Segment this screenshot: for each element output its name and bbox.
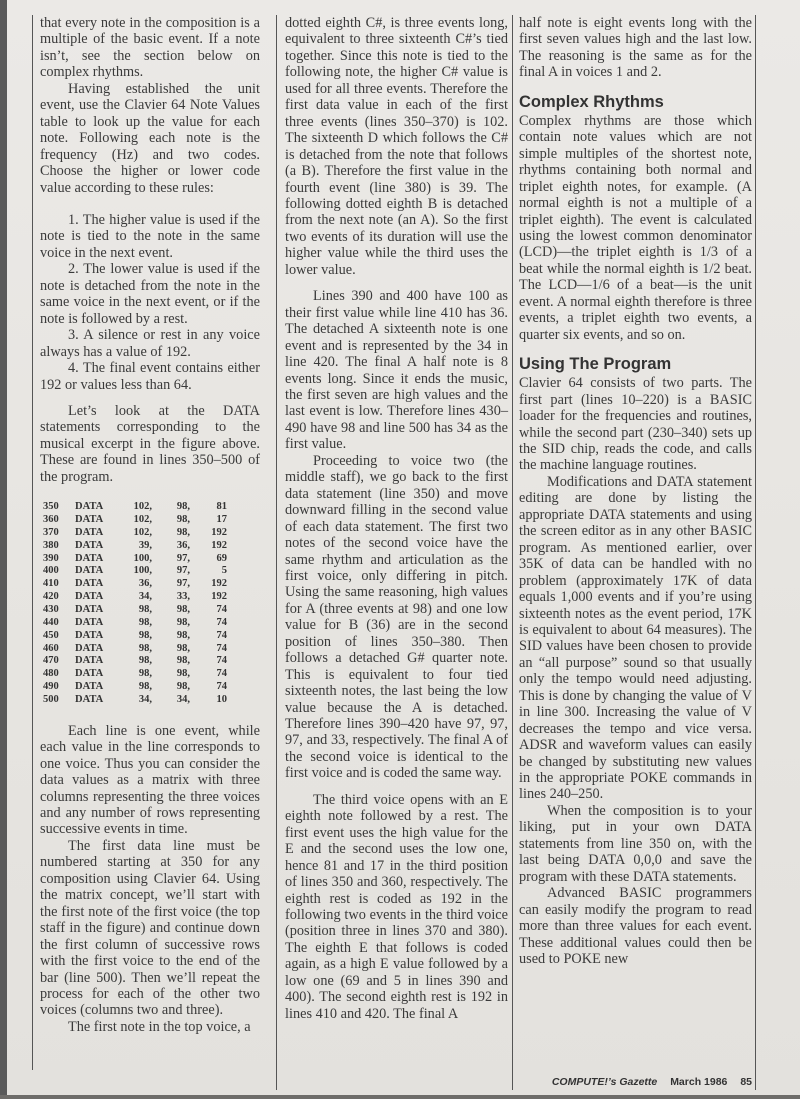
- data-keyword: DATA: [75, 514, 120, 527]
- paragraph: The first note in the top voice, a: [40, 1019, 260, 1035]
- page-footer: COMPUTE!’s Gazette March 1986 85: [552, 1076, 752, 1088]
- voice-2-value: 98,: [152, 630, 190, 643]
- section-heading-complex-rhythms: Complex Rhythms: [519, 91, 752, 113]
- voice-3-value: 74: [190, 643, 227, 656]
- line-number: 420: [43, 591, 75, 604]
- voice-3-value: 74: [190, 630, 227, 643]
- voice-2-value: 97,: [152, 553, 190, 566]
- voice-3-value: 74: [190, 604, 227, 617]
- data-listing-row: 430DATA98,98,74: [43, 604, 227, 617]
- voice-1-value: 98,: [120, 617, 152, 630]
- voice-3-value: 81: [190, 501, 227, 514]
- paragraph: The first data line must be numbered sta…: [40, 838, 260, 1019]
- column-rule-left: [32, 15, 33, 1070]
- data-listing-row: 490DATA98,98,74: [43, 681, 227, 694]
- data-keyword: DATA: [75, 591, 120, 604]
- voice-1-value: 39,: [120, 540, 152, 553]
- paragraph: Having established the unit event, use t…: [40, 81, 260, 196]
- rule-item-3: 3. A silence or rest in any voice always…: [40, 327, 260, 360]
- voice-3-value: 74: [190, 668, 227, 681]
- data-listing-row: 460DATA98,98,74: [43, 643, 227, 656]
- voice-2-value: 33,: [152, 591, 190, 604]
- line-number: 480: [43, 668, 75, 681]
- publication-name: COMPUTE!’s Gazette: [552, 1076, 657, 1088]
- line-number: 440: [43, 617, 75, 630]
- voice-2-value: 98,: [152, 668, 190, 681]
- voice-3-value: 5: [190, 565, 227, 578]
- line-number: 500: [43, 694, 75, 707]
- data-listing-row: 370DATA102,98,192: [43, 527, 227, 540]
- line-number: 370: [43, 527, 75, 540]
- voice-1-value: 102,: [120, 501, 152, 514]
- data-keyword: DATA: [75, 527, 120, 540]
- data-keyword: DATA: [75, 553, 120, 566]
- voice-2-value: 98,: [152, 527, 190, 540]
- data-keyword: DATA: [75, 578, 120, 591]
- data-listing-row: 500DATA34,34,10: [43, 694, 227, 707]
- voice-1-value: 102,: [120, 527, 152, 540]
- paragraph: Modifications and DATA statement editing…: [519, 474, 752, 803]
- paragraph: that every note in the composition is a …: [40, 15, 260, 81]
- voice-2-value: 97,: [152, 578, 190, 591]
- data-keyword: DATA: [75, 694, 120, 707]
- paragraph: Complex rhythms are those which contain …: [519, 113, 752, 343]
- data-listing-row: 420DATA34,33,192: [43, 591, 227, 604]
- voice-3-value: 192: [190, 540, 227, 553]
- voice-1-value: 100,: [120, 565, 152, 578]
- voice-1-value: 98,: [120, 681, 152, 694]
- line-number: 410: [43, 578, 75, 591]
- data-listing-row: 480DATA98,98,74: [43, 668, 227, 681]
- paragraph: half note is eight events long with the …: [519, 15, 752, 81]
- voice-2-value: 97,: [152, 565, 190, 578]
- data-listing-row: 390DATA100,97,69: [43, 553, 227, 566]
- line-number: 470: [43, 655, 75, 668]
- paragraph: Let’s look at the DATA statements corres…: [40, 403, 260, 485]
- right-column: half note is eight events long with the …: [519, 15, 752, 967]
- rule-item-1: 1. The higher value is used if the note …: [40, 212, 260, 261]
- voice-3-value: 192: [190, 591, 227, 604]
- issue-date: March 1986: [670, 1076, 727, 1088]
- line-number: 490: [43, 681, 75, 694]
- voice-2-value: 98,: [152, 501, 190, 514]
- data-keyword: DATA: [75, 655, 120, 668]
- column-rule-middle-right: [512, 15, 513, 1090]
- voice-1-value: 36,: [120, 578, 152, 591]
- paragraph: Clavier 64 consists of two parts. The fi…: [519, 375, 752, 474]
- data-listing-row: 410DATA36,97,192: [43, 578, 227, 591]
- paragraph: When the composition is to your liking, …: [519, 803, 752, 885]
- page-number: 85: [740, 1076, 752, 1088]
- page-binding-edge: [0, 0, 7, 1099]
- data-listing-row: 380DATA39,36,192: [43, 540, 227, 553]
- data-keyword: DATA: [75, 604, 120, 617]
- middle-column: dotted eighth C#, is three events long, …: [285, 15, 508, 1022]
- voice-1-value: 102,: [120, 514, 152, 527]
- line-number: 460: [43, 643, 75, 656]
- data-listing-row: 440DATA98,98,74: [43, 617, 227, 630]
- column-rule-right: [755, 15, 756, 1090]
- voice-1-value: 34,: [120, 694, 152, 707]
- paragraph: Each line is one event, while each value…: [40, 723, 260, 838]
- line-number: 390: [43, 553, 75, 566]
- data-keyword: DATA: [75, 565, 120, 578]
- paragraph: Proceeding to voice two (the middle staf…: [285, 453, 508, 782]
- data-listing-row: 470DATA98,98,74: [43, 655, 227, 668]
- data-listing-row: 360DATA102,98,17: [43, 514, 227, 527]
- rule-item-4: 4. The final event contains either 192 o…: [40, 360, 260, 393]
- voice-2-value: 34,: [152, 694, 190, 707]
- line-number: 350: [43, 501, 75, 514]
- voice-1-value: 34,: [120, 591, 152, 604]
- left-column: that every note in the composition is a …: [40, 15, 260, 1035]
- data-listing-row: 450DATA98,98,74: [43, 630, 227, 643]
- voice-2-value: 98,: [152, 604, 190, 617]
- paragraph: Advanced BASIC programmers can easily mo…: [519, 885, 752, 967]
- voice-1-value: 100,: [120, 553, 152, 566]
- voice-2-value: 98,: [152, 643, 190, 656]
- voice-3-value: 17: [190, 514, 227, 527]
- voice-3-value: 192: [190, 578, 227, 591]
- voice-1-value: 98,: [120, 630, 152, 643]
- data-listing-row: 350DATA102,98,81: [43, 501, 227, 514]
- paragraph: Lines 390 and 400 have 100 as their firs…: [285, 288, 508, 453]
- data-keyword: DATA: [75, 630, 120, 643]
- voice-3-value: 74: [190, 655, 227, 668]
- voice-2-value: 98,: [152, 681, 190, 694]
- voice-1-value: 98,: [120, 655, 152, 668]
- data-keyword: DATA: [75, 540, 120, 553]
- voice-1-value: 98,: [120, 668, 152, 681]
- data-keyword: DATA: [75, 681, 120, 694]
- column-rule-middle-left: [276, 15, 277, 1090]
- data-keyword: DATA: [75, 617, 120, 630]
- voice-3-value: 74: [190, 681, 227, 694]
- data-listing-row: 400DATA100,97,5: [43, 565, 227, 578]
- line-number: 360: [43, 514, 75, 527]
- data-listing-table: 350DATA102,98,81360DATA102,98,17370DATA1…: [43, 501, 227, 707]
- paragraph: The third voice opens with an E eighth n…: [285, 792, 508, 1022]
- line-number: 380: [43, 540, 75, 553]
- voice-2-value: 36,: [152, 540, 190, 553]
- line-number: 430: [43, 604, 75, 617]
- page-bottom-edge: [0, 1095, 800, 1099]
- section-heading-using-the-program: Using The Program: [519, 353, 752, 375]
- rule-item-2: 2. The lower value is used if the note i…: [40, 261, 260, 327]
- data-keyword: DATA: [75, 501, 120, 514]
- voice-3-value: 69: [190, 553, 227, 566]
- voice-3-value: 10: [190, 694, 227, 707]
- voice-3-value: 192: [190, 527, 227, 540]
- voice-2-value: 98,: [152, 514, 190, 527]
- data-keyword: DATA: [75, 668, 120, 681]
- voice-3-value: 74: [190, 617, 227, 630]
- data-keyword: DATA: [75, 643, 120, 656]
- voice-2-value: 98,: [152, 617, 190, 630]
- voice-1-value: 98,: [120, 604, 152, 617]
- voice-1-value: 98,: [120, 643, 152, 656]
- voice-2-value: 98,: [152, 655, 190, 668]
- paragraph: dotted eighth C#, is three events long, …: [285, 15, 508, 278]
- line-number: 450: [43, 630, 75, 643]
- line-number: 400: [43, 565, 75, 578]
